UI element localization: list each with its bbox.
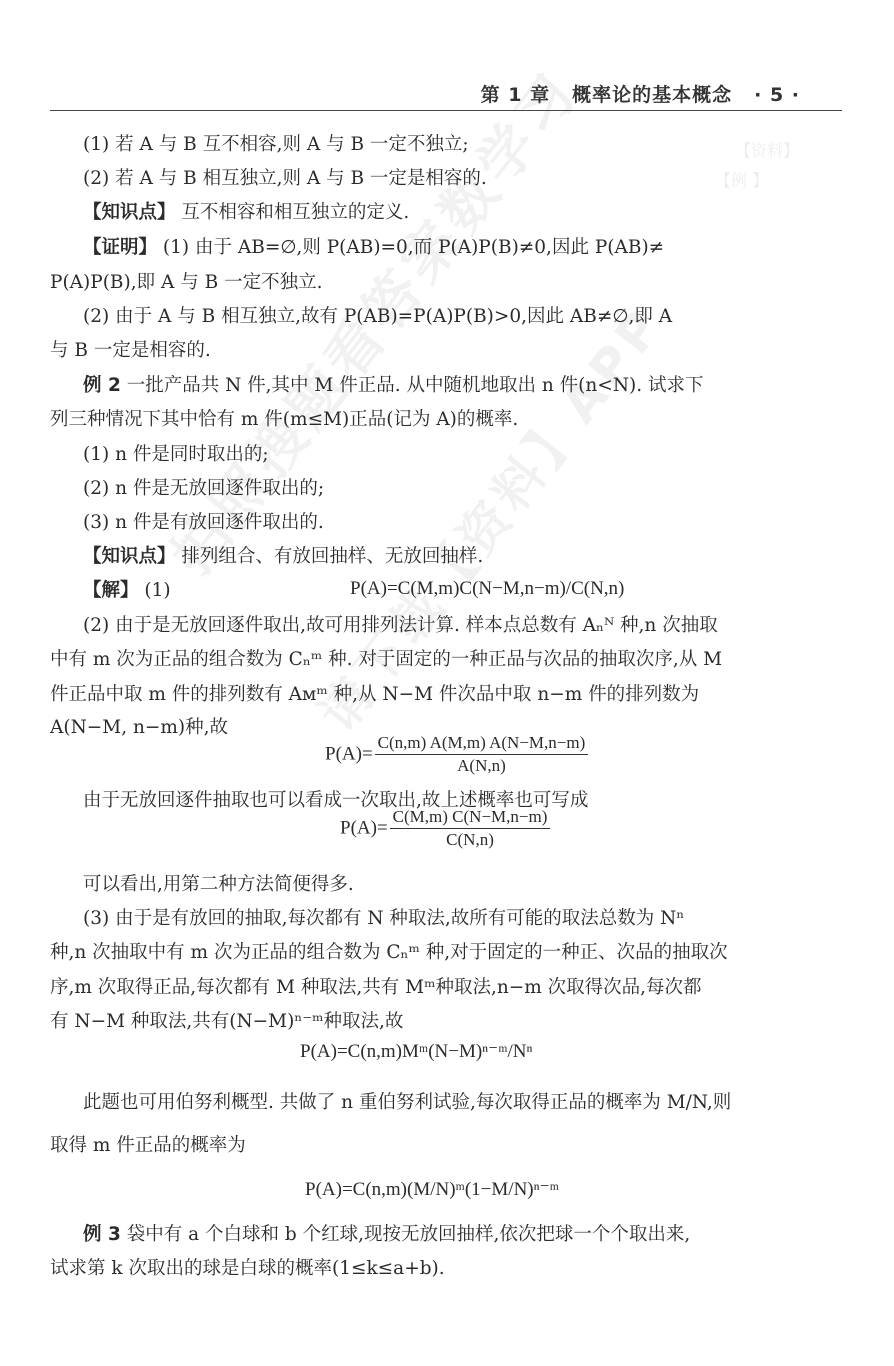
formula-2: P(A)=C(n,m) A(M,m) A(N−M,n−m)A(N,n) [325, 732, 588, 777]
page-number: · 5 · [754, 84, 800, 106]
text-line: 有 N−M 种取法,共有(N−M)ⁿ⁻ᵐ种取法,故 [50, 1009, 845, 1035]
example-heading: 例 3 袋中有 a 个白球和 b 个红球,现按无放回抽样,依次把球一个个取出来, [83, 1222, 878, 1248]
text-line: (3) n 件是有放回逐件取出的. [83, 510, 878, 536]
text-line: 序,m 次取得正品,每次都有 M 种取法,共有 Mᵐ种取法,n−m 次取得次品,… [50, 975, 845, 1001]
text-line: 与 B 一定是相容的. [50, 338, 845, 364]
text-line: 种,n 次抽取中有 m 次为正品的组合数为 Cₙᵐ 种,对于固定的一种正、次品的… [50, 940, 845, 966]
text-line: P(A)P(B),即 A 与 B 一定不独立. [50, 270, 845, 296]
formula-1: P(A)=C(M,m)C(N−M,n−m)/C(N,n) [350, 578, 624, 600]
text-line: (2) 由于 A 与 B 相互独立,故有 P(AB)=P(A)P(B)>0,因此… [83, 304, 878, 330]
text-line: 此题也可用伯努利概型. 共做了 n 重伯努利试验,每次取得正品的概率为 M/N,… [83, 1090, 878, 1116]
text-line: (2) 由于是无放回逐件取出,故可用排列法计算. 样本点总数有 Aₙᴺ 种,n … [83, 613, 878, 639]
chapter-title: 概率论的基本概念 [572, 84, 732, 106]
text-line: 可以看出,用第二种方法简便得多. [83, 872, 878, 898]
example-heading: 例 2 一批产品共 N 件,其中 M 件正品. 从中随机地取出 n 件(n<N)… [83, 373, 878, 399]
page-header: 第 1 章概率论的基本概念· 5 · [50, 70, 842, 111]
text-line: 中有 m 次为正品的组合数为 Cₙᵐ 种. 对于固定的一种正品与次品的抽取次序,… [50, 647, 845, 673]
text-line: (1) 若 A 与 B 互不相容,则 A 与 B 一定不独立; [83, 132, 878, 158]
text-line: 取得 m 件正品的概率为 [50, 1133, 845, 1159]
text-line: (1) n 件是同时取出的; [83, 442, 878, 468]
formula-4: P(A)=C(n,m)Mᵐ(N−M)ⁿ⁻ᵐ/Nⁿ [300, 1040, 532, 1063]
running-head: 第 1 章概率论的基本概念· 5 · [481, 80, 800, 107]
formula-3: P(A)=C(M,m) C(N−M,n−m)C(N,n) [340, 806, 550, 851]
text-line: (2) n 件是无放回逐件取出的; [83, 476, 878, 502]
knowledge-point: 【知识点】 排列组合、有放回抽样、无放回抽样. [83, 544, 878, 570]
knowledge-point: 【知识点】 互不相容和相互独立的定义. [83, 200, 878, 226]
text-line: 件正品中取 m 件的排列数有 Aᴍᵐ 种,从 N−M 件次品中取 n−m 件的排… [50, 682, 845, 708]
formula-5: P(A)=C(n,m)(M/N)ᵐ(1−M/N)ⁿ⁻ᵐ [305, 1178, 559, 1201]
text-line: 试求第 k 次取出的球是白球的概率(1≤k≤a+b). [50, 1256, 845, 1282]
proof-line: 【证明】 (1) 由于 AB=∅,则 P(AB)=0,而 P(A)P(B)≠0,… [83, 235, 878, 261]
text-line: (3) 由于是有放回的抽取,每次都有 N 种取法,故所有可能的取法总数为 Nⁿ [83, 906, 878, 932]
chapter-label: 第 1 章 [481, 84, 550, 106]
document-page: 拍照搜题看答案数学习 请下载【资料】APP 【资料】 【例 】 第 1 章概率论… [0, 0, 894, 1366]
text-line: 列三种情况下其中恰有 m 件(m≤M)正品(记为 A)的概率. [50, 407, 845, 433]
text-line: (2) 若 A 与 B 相互独立,则 A 与 B 一定是相容的. [83, 166, 878, 192]
